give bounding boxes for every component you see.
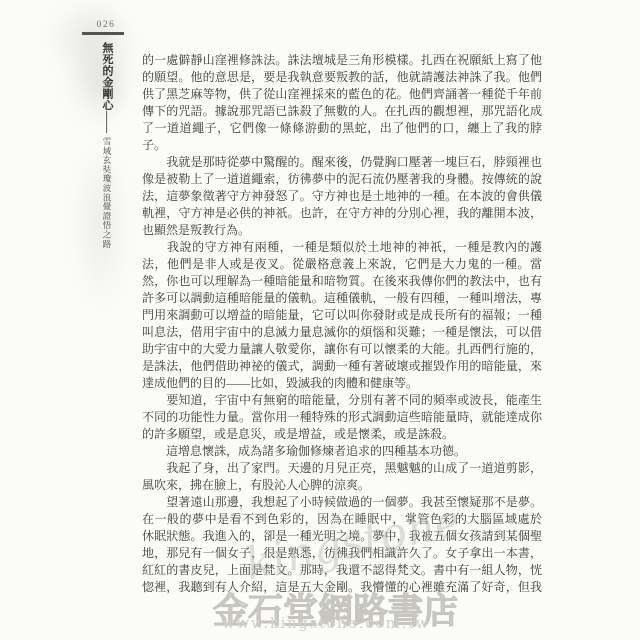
book-title: 無死的金剛心 xyxy=(101,42,113,111)
text-line: 達成他們的目的——比如，毀滅我的肉體和健康等。 xyxy=(142,375,542,392)
text-line: 像是被勒上了一道道繩索，彷彿夢中的泥石流仍壓著我的身體。按傳統的說 xyxy=(142,171,542,188)
text-line: 法，他們是非人或是夜叉。從嚴格意義上來說，它們是大力鬼的一種。當 xyxy=(142,256,542,273)
body-text: 的一處僻靜山窪裡修誅法。誅法壇城是三角形模樣。扎西在祝願紙上寫了他的願望。他的意… xyxy=(142,52,542,596)
text-line: 然，你也可以理解為一種暗能量和暗物質。在後來我傳你們的教法中，也有 xyxy=(142,273,542,290)
text-line: 是誅法，他們借助神祕的儀式，調動一種有著破壞或摧毀作用的暗能量，來 xyxy=(142,358,542,375)
text-line: 法，這夢象徵著守方神發怒了。守方神也是土地神的一種。在本波的會供儀 xyxy=(142,188,542,205)
text-line: 傳下的咒語。據說那咒語已誅殺了無數的人。在扎西的觀想裡，那咒語化成 xyxy=(142,103,542,120)
paper-texture-blob xyxy=(30,0,150,80)
text-line: 惚裡，我聽到有人介紹，這是五大金剛。我懵懂的心裡雖充滿了好奇，但我 xyxy=(142,579,542,596)
text-line: 我就是那時從夢中驚醒的。醒來後，仍覺胸口壓著一塊巨石，脖頸裡也 xyxy=(142,154,542,171)
text-line: 不同的功能性力量。當你用一種特殊的形式調動這些暗能量時，就能達成你 xyxy=(142,409,542,426)
store-url-watermark: www.kingstone.com.tw xyxy=(222,614,430,632)
title-dash: —— xyxy=(101,111,113,133)
text-line: 我起了身，出了家門。天邊的月兒正亮，黑魆魆的山成了一道道剪影， xyxy=(142,460,542,477)
text-line: 子。 xyxy=(142,137,542,154)
text-line: 的願望。他的意思是，要是我執意要叛教的話，他就請護法神誅了我。他們 xyxy=(142,69,542,86)
text-line: 紅紅的書皮兒，上面是梵文。那時，我還不認得梵文。書中有一組人物，恍 xyxy=(142,562,542,579)
text-line: 也顯然是叛教行為。 xyxy=(142,222,542,239)
text-line: 軌裡，守方神是必供的神祇。也許，在守方神的分別心裡，我的離開本波， xyxy=(142,205,542,222)
text-line: 的許多願望，或是息災，或是增益，或是懷柔，或是誅殺。 xyxy=(142,426,542,443)
text-line: 地，那兒有一個女子，很是熟悉，彷彿我們相識許久了。女子拿出一本書， xyxy=(142,545,542,562)
text-line: 望著遠山那邊，我想起了小時候做過的一個夢。我甚至懷疑那不是夢。 xyxy=(142,494,542,511)
text-line: 了一道道繩子，它們像一條條游動的黑蛇，出了他們的口，纏上了我的脖 xyxy=(142,120,542,137)
text-line: 的一處僻靜山窪裡修誅法。誅法壇城是三角形模樣。扎西在祝願紙上寫了他 xyxy=(142,52,542,69)
text-line: 叫息法，借用宇宙中的息滅力量息滅你的煩惱和災難；一種是懷法，可以借 xyxy=(142,324,542,341)
spine-title-block: 無死的金剛心——雪域玄奘瓊波浪覺證悟之路 xyxy=(94,42,120,602)
header-rule xyxy=(82,32,124,35)
text-line: 供了黑芝麻等物，供了從山窪裡採來的藍色的花。他們齊誦著一種從千年前 xyxy=(142,86,542,103)
text-line: 在一般的夢中是看不到色彩的，因為在睡眠中，掌管色彩的大腦區域處於 xyxy=(142,511,542,528)
text-line: 許多可以調動這種暗能量的儀軌。這種儀軌，一般有四種，一種叫增法，專 xyxy=(142,290,542,307)
text-line: 休眠狀態。我進入的，卻是一種光明之境。夢中，我被五個女孩請到某個聖 xyxy=(142,528,542,545)
text-line: 助宇宙中的大愛力量讓人敬愛你，讓你有可以懷柔的大能。扎西們行施的， xyxy=(142,341,542,358)
page-number: 026 xyxy=(84,20,128,30)
book-subtitle: 雪域玄奘瓊波浪覺證悟之路 xyxy=(102,137,112,249)
text-line: 要知道，宇宙中有無窮的暗能量，分別有著不同的頻率或波長，能產生 xyxy=(142,392,542,409)
text-line: 這增息懷誅，成為諸多瑜伽修煉者追求的四種基本功德。 xyxy=(142,443,542,460)
book-page: 026 無死的金剛心——雪域玄奘瓊波浪覺證悟之路 的一處僻靜山窪裡修誅法。誅法壇… xyxy=(0,0,640,640)
text-line: 門用來調動可以增益的暗能量，它可以叫你發財或是成長所有的福報；一種 xyxy=(142,307,542,324)
text-line: 我說的守方神有兩種，一種是類似於土地神的神祇，一種是教內的護 xyxy=(142,239,542,256)
text-line: 風吹來，拂在臉上，有股沁人心脾的涼爽。 xyxy=(142,477,542,494)
